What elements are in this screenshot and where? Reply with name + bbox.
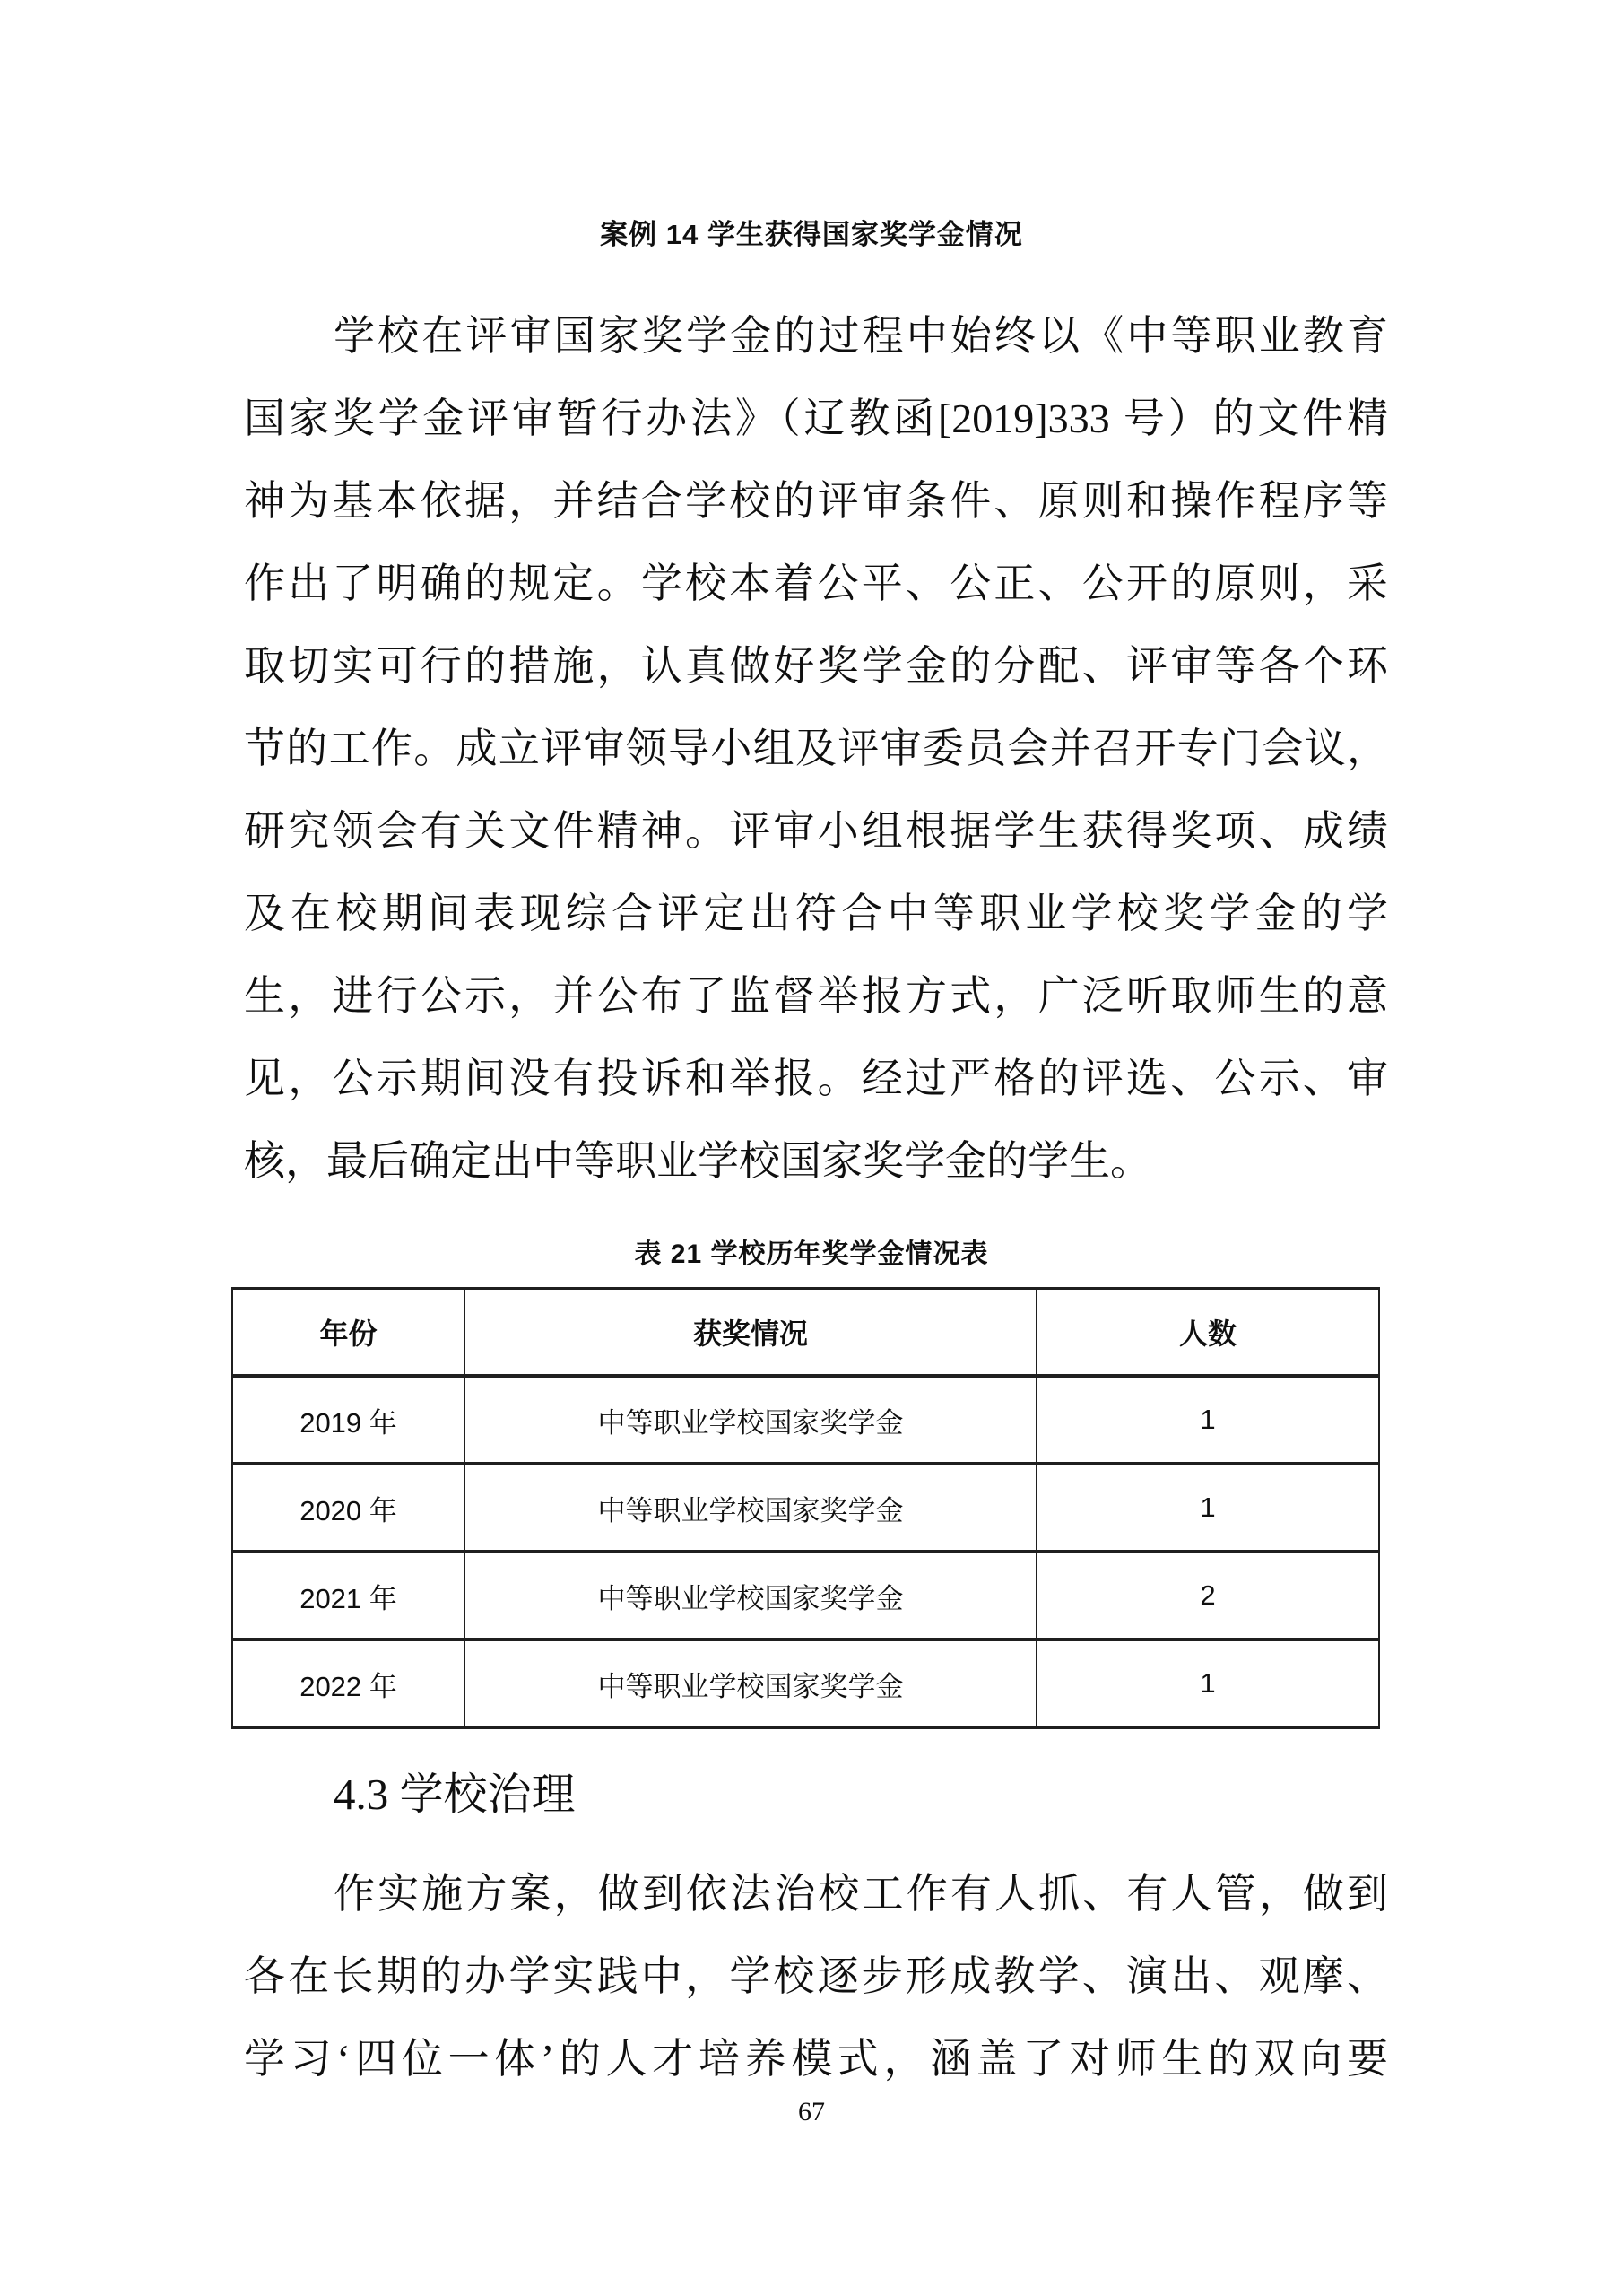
text-line: 见，公示期间没有投诉和举报。经过严格的评选、公示、审: [244, 1038, 1388, 1120]
cell-award: 中等职业学校国家奖学金: [464, 1376, 1037, 1464]
text-line: 取切实可行的措施，认真做好奖学金的分配、评审等各个环: [244, 625, 1388, 708]
cell-count: 1: [1037, 1376, 1379, 1464]
cell-year: 2020 年: [232, 1464, 464, 1552]
text-line: 学习‘四位一体’的人才培养模式，涵盖了对师生的双向要: [244, 2018, 1388, 2100]
text-line: 国家奖学金评审暂行办法》（辽教函[2019]333 号）的文件精: [244, 378, 1388, 460]
text-line: 作出了明确的规定。学校本着公平、公正、公开的原则，采: [244, 543, 1388, 625]
cell-award: 中等职业学校国家奖学金: [464, 1464, 1037, 1552]
cell-year: 2019 年: [232, 1376, 464, 1464]
cell-count: 1: [1037, 1464, 1379, 1552]
section-heading: 4.3 学校治理: [244, 1754, 1388, 1835]
table-caption: 表 21 学校历年奖学金情况表: [0, 1231, 1623, 1279]
paragraph-scholarship-review: 学校在评审国家奖学金的过程中始终以《中等职业教育 国家奖学金评审暂行办法》（辽教…: [244, 295, 1388, 1203]
table-row: 2019 年 中等职业学校国家奖学金 1: [232, 1376, 1379, 1464]
text-line: 神为基本依据，并结合学校的评审条件、原则和操作程序等: [244, 460, 1388, 543]
cell-count: 2: [1037, 1552, 1379, 1639]
page-number: 67: [0, 2090, 1623, 2135]
document-page: 案例 14 学生获得国家奖学金情况 学校在评审国家奖学金的过程中始终以《中等职业…: [0, 0, 1623, 2296]
text-line: 核，最后确定出中等职业学校国家奖学金的学生。: [244, 1120, 1388, 1203]
text-line: 学校在评审国家奖学金的过程中始终以《中等职业教育: [244, 295, 1388, 378]
text-line: 各在长期的办学实践中，学校逐步形成教学、演出、观摩、: [244, 1935, 1388, 2018]
table-row: 2021 年 中等职业学校国家奖学金 2: [232, 1552, 1379, 1639]
cell-count: 1: [1037, 1639, 1379, 1727]
table-row: 2022 年 中等职业学校国家奖学金 1: [232, 1639, 1379, 1727]
cell-award: 中等职业学校国家奖学金: [464, 1639, 1037, 1727]
paragraph-school-governance: 作实施方案，做到依法治校工作有人抓、有人管，做到 各在长期的办学实践中，学校逐步…: [244, 1853, 1388, 2100]
cell-award: 中等职业学校国家奖学金: [464, 1552, 1037, 1639]
column-header-count: 人数: [1037, 1289, 1379, 1377]
text-line: 研究领会有关文件精神。评审小组根据学生获得奖项、成绩: [244, 790, 1388, 873]
text-line: 生，进行公示，并公布了监督举报方式，广泛听取师生的意: [244, 955, 1388, 1038]
table-row: 2020 年 中等职业学校国家奖学金 1: [232, 1464, 1379, 1552]
column-header-year: 年份: [232, 1289, 464, 1377]
cell-year: 2021 年: [232, 1552, 464, 1639]
cell-year: 2022 年: [232, 1639, 464, 1727]
text-line: 及在校期间表现综合评定出符合中等职业学校奖学金的学: [244, 873, 1388, 955]
case-title: 案例 14 学生获得国家奖学金情况: [0, 212, 1623, 258]
table-header-row: 年份 获奖情况 人数: [232, 1289, 1379, 1377]
scholarship-history-table: 年份 获奖情况 人数 2019 年 中等职业学校国家奖学金 1 2020 年 中…: [231, 1287, 1380, 1729]
text-line: 作实施方案，做到依法治校工作有人抓、有人管，做到: [244, 1853, 1388, 1935]
column-header-award: 获奖情况: [464, 1289, 1037, 1377]
text-line: 节的工作。成立评审领导小组及评审委员会并召开专门会议，: [244, 708, 1388, 790]
